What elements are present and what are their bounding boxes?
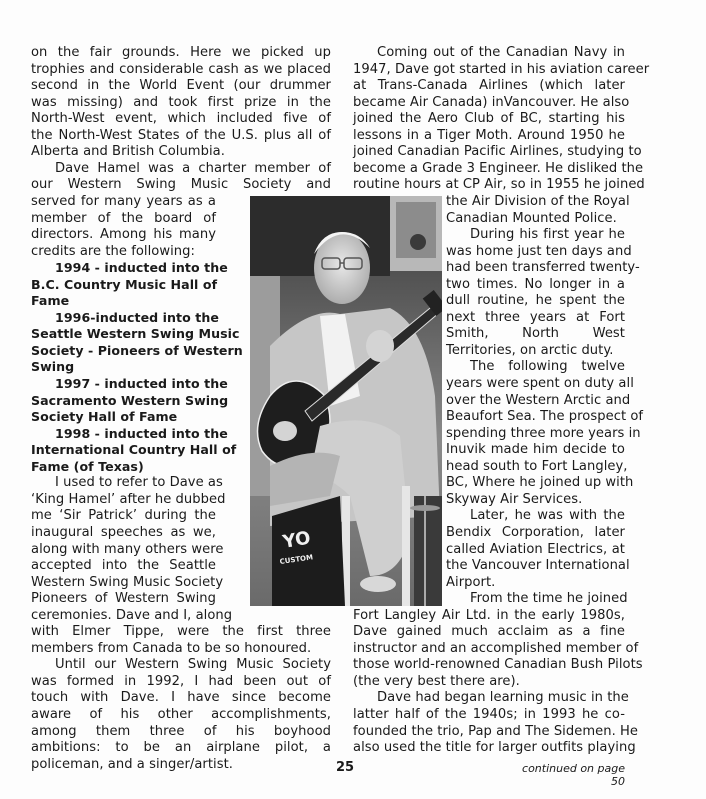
text-line: credits are the following:: [31, 243, 216, 260]
text-line: 1998 - inducted into the: [55, 425, 216, 442]
text-line: head south to Fort Langley,: [446, 458, 625, 475]
text-line: over the Western Arctic and: [446, 392, 625, 409]
text-line: called Aviation Electrics, at: [446, 541, 625, 558]
text-line: Pioneers of Western Swing: [31, 590, 216, 607]
text-line: founded the trio, Pap and The Sidemen. H…: [353, 723, 625, 740]
text-line: inaugural speeches as we,: [31, 524, 216, 541]
text-line: latter half of the 1940s; in 1993 he co-: [353, 706, 625, 723]
text-line: Dave gained much acclaim as a fine: [353, 623, 625, 640]
text-line: Dave had began learning music in the: [377, 689, 625, 706]
text-line: served for many years as a: [31, 193, 216, 210]
text-line: Later, he was with the: [470, 507, 625, 524]
text-line: Inuvik made him decide to: [446, 441, 625, 458]
text-line: became Air Canada) inVancouver. He also: [353, 94, 625, 111]
text-line: with Elmer Tippe, were the first three: [31, 623, 331, 640]
magazine-page: on the fair grounds. Here we picked uptr…: [0, 0, 706, 799]
text-line: Territories, on arctic duty.: [446, 342, 625, 359]
text-line: at Trans-Canada Airlines (which later: [353, 77, 625, 94]
text-line: Until our Western Swing Music Society: [55, 656, 331, 673]
text-line: me ‘Sir Patrick’ during the: [31, 507, 216, 524]
text-line: on the fair grounds. Here we picked up: [31, 44, 331, 61]
text-line: ‘King Hamel’ after he dubbed: [31, 491, 216, 508]
text-line: Fame (of Texas): [31, 458, 216, 475]
text-line: Smith, North West: [446, 325, 625, 342]
text-line: Fort Langley Air Ltd. in the early 1980s…: [353, 607, 625, 624]
text-line: among them three of his boyhood: [31, 723, 331, 740]
text-line: Seattle Western Swing Music: [31, 325, 216, 342]
text-line: instructor and an accomplished member of: [353, 640, 625, 657]
text-line: ceremonies. Dave and I, along: [31, 607, 216, 624]
text-line: The following twelve: [470, 358, 625, 375]
guitarist-photo: YO CUSTOM: [250, 196, 442, 606]
text-line: (the very best there are).: [353, 673, 625, 690]
page-number: 25: [336, 760, 354, 775]
text-line: ambitions: to be an airplane pilot, a: [31, 739, 331, 756]
text-line: also used the title for larger outfits p…: [353, 739, 625, 756]
text-line: trophies and considerable cash as we pla…: [31, 61, 331, 78]
text-line: our Western Swing Music Society and: [31, 176, 331, 193]
text-line: Canadian Mounted Police.: [446, 210, 625, 227]
text-line: aware of his other accomplishments,: [31, 706, 331, 723]
text-line: Fame: [31, 292, 216, 309]
text-line: 1947, Dave got started in his aviation c…: [353, 61, 625, 78]
text-line: joined the Aero Club of BC, starting his: [353, 110, 625, 127]
text-line: Alberta and British Columbia.: [31, 143, 331, 160]
text-line: had been transferred twenty-: [446, 259, 625, 276]
text-line: International Country Hall of: [31, 441, 216, 458]
text-line: two times. No longer in a: [446, 276, 625, 293]
text-line: was missing) and took first prize in the: [31, 94, 331, 111]
text-line: From the time he joined: [470, 590, 625, 607]
text-line: the Air Division of the Royal: [446, 193, 625, 210]
text-line: During his first year he: [470, 226, 625, 243]
text-line: Swing: [31, 358, 216, 375]
text-line: BC, Where he joined up with: [446, 474, 625, 491]
photo-image-icon: YO CUSTOM: [250, 196, 442, 606]
text-line: Skyway Air Services.: [446, 491, 625, 508]
text-line: Dave Hamel was a charter member of: [55, 160, 331, 177]
text-line: Beaufort Sea. The prospect of: [446, 408, 625, 425]
text-line: B.C. Country Music Hall of: [31, 276, 216, 293]
text-line: those world-renowned Canadian Bush Pilot…: [353, 656, 625, 673]
text-line: along with many others were: [31, 541, 216, 558]
text-line: I used to refer to Dave as: [55, 474, 216, 491]
text-line: Coming out of the Canadian Navy in: [377, 44, 625, 61]
text-line: member of the board of: [31, 210, 216, 227]
text-line: 1996-inducted into the: [55, 309, 216, 326]
text-line: next three years at Fort: [446, 309, 625, 326]
text-line: directors. Among his many: [31, 226, 216, 243]
text-line: become a Grade 3 Engineer. He disliked t…: [353, 160, 625, 177]
text-line: members from Canada to be so honoured.: [31, 640, 331, 657]
text-line: Airport.: [446, 574, 625, 591]
text-line: second in the World Event (our drummer: [31, 77, 331, 94]
text-line: the Vancouver International: [446, 557, 625, 574]
text-line: joined Canadian Pacific Airlines, studyi…: [353, 143, 625, 160]
text-line: Sacramento Western Swing: [31, 392, 216, 409]
text-line: policeman, and a singer/artist.: [31, 756, 331, 773]
text-line: Society - Pioneers of Western: [31, 342, 216, 359]
text-line: Society Hall of Fame: [31, 408, 216, 425]
text-line: lessons in a Tiger Moth. Around 1950 he: [353, 127, 625, 144]
text-line: the North-West States of the U.S. plus a…: [31, 127, 331, 144]
text-line: 1997 - inducted into the: [55, 375, 216, 392]
text-line: years were spent on duty all: [446, 375, 625, 392]
text-line: dull routine, he spent the: [446, 292, 625, 309]
text-line: 1994 - inducted into the: [55, 259, 216, 276]
text-line: North-West event, which included five of: [31, 110, 331, 127]
text-line: was home just ten days and: [446, 243, 625, 260]
text-line: touch with Dave. I have since become: [31, 689, 331, 706]
text-line: was formed in 1992, I had been out of: [31, 673, 331, 690]
text-line: spending three more years in: [446, 425, 625, 442]
text-line: Bendix Corporation, later: [446, 524, 625, 541]
text-line: routine hours at CP Air, so in 1955 he j…: [353, 176, 625, 193]
text-line: Western Swing Music Society: [31, 574, 216, 591]
continued-note: continued on page 50: [515, 762, 625, 788]
text-line: accepted into the Seattle: [31, 557, 216, 574]
